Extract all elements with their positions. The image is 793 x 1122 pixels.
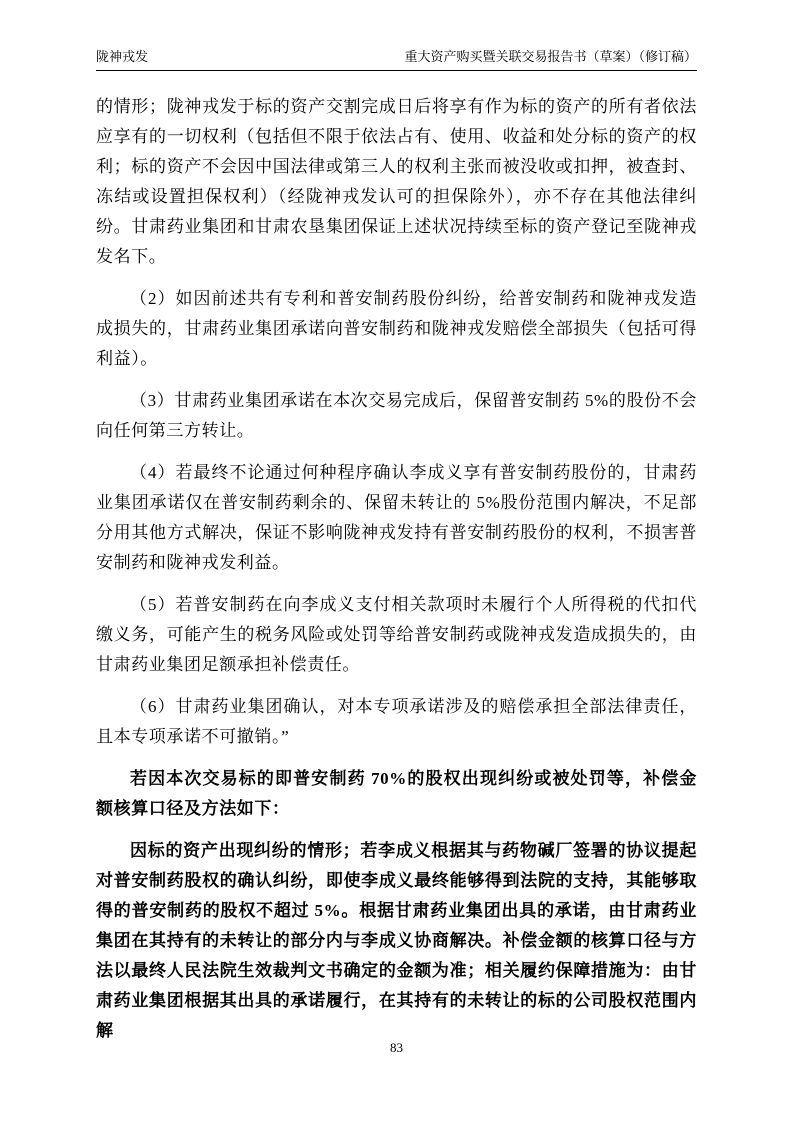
paragraph-8: 因标的资产出现纠纷的情形；若李成义根据其与药物碱厂签署的协议提起对普安制药股权的… bbox=[96, 836, 697, 1046]
page-header: 陇神戎发 重大资产购买暨关联交易报告书（草案）（修订稿） bbox=[96, 0, 697, 71]
header-company-name: 陇神戎发 bbox=[96, 49, 148, 65]
document-body: 的情形；陇神戎发于标的资产交割完成日后将享有作为标的资产的所有者依法应享有的一切… bbox=[96, 92, 697, 1046]
page-footer: 83 bbox=[0, 1040, 793, 1056]
header-report-title: 重大资产购买暨关联交易报告书（草案）（修订稿） bbox=[404, 49, 697, 65]
paragraph-3: （3）甘肃药业集团承诺在本次交易完成后，保留普安制药 5%的股份不会向任何第三方… bbox=[96, 386, 697, 446]
page-number: 83 bbox=[390, 1040, 403, 1055]
paragraph-5: （5）若普安制药在向李成义支付相关款项时未履行个人所得税的代扣代缴义务，可能产生… bbox=[96, 590, 697, 680]
document-page: 陇神戎发 重大资产购买暨关联交易报告书（草案）（修订稿） 的情形；陇神戎发于标的… bbox=[0, 0, 793, 1122]
paragraph-6: （6）甘肃药业集团确认，对本专项承诺涉及的赔偿承担全部法律责任，且本专项承诺不可… bbox=[96, 692, 697, 752]
paragraph-2: （2）如因前述共有专利和普安制药股份纠纷，给普安制药和陇神戎发造成损失的，甘肃药… bbox=[96, 284, 697, 374]
paragraph-1: 的情形；陇神戎发于标的资产交割完成日后将享有作为标的资产的所有者依法应享有的一切… bbox=[96, 92, 697, 272]
paragraph-7: 若因本次交易标的即普安制药 70%的股权出现纠纷或被处罚等，补偿金额核算口径及方… bbox=[96, 764, 697, 824]
paragraph-4: （4）若最终不论通过何种程序确认李成义享有普安制药股份的，甘肃药业集团承诺仅在普… bbox=[96, 458, 697, 578]
